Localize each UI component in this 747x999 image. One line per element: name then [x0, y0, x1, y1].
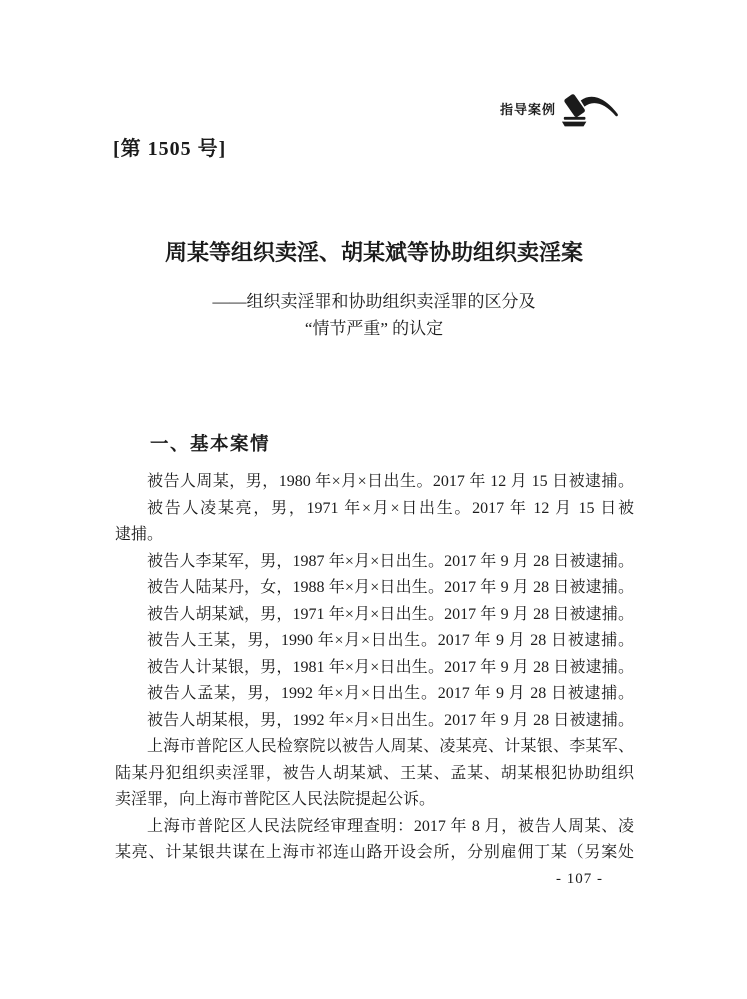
body-line: 被告人李某军，男，1987 年×月×日出生。2017 年 9 月 28 日被逮捕… — [115, 549, 634, 576]
body-line: 被告人陆某丹，女，1988 年×月×日出生。2017 年 9 月 28 日被逮捕… — [115, 575, 634, 602]
body-line: 陆某丹犯组织卖淫罪，被告人胡某斌、王某、孟某、胡某根犯协助组织 — [115, 761, 634, 788]
body-line: 被告人孟某，男，1992 年×月×日出生。2017 年 9 月 28 日被逮捕。 — [115, 681, 634, 708]
guiding-cases-label: 指导案例 — [500, 99, 556, 118]
section-heading: 一、基本案情 — [150, 430, 270, 456]
body-line: 上海市普陀区人民法院经审理查明：2017 年 8 月，被告人周某、凌 — [115, 814, 634, 841]
case-title: 周某等组织卖淫、胡某斌等协助组织卖淫案 — [114, 236, 634, 267]
body-line: 某亮、计某银共谋在上海市祁连山路开设会所，分别雇佣丁某（另案处 — [115, 840, 634, 867]
body-line: 卖淫罪，向上海市普陀区人民法院提起公诉。 — [115, 787, 634, 814]
body-line: 被告人凌某亮，男，1971 年×月×日出生。2017 年 12 月 15 日被 — [115, 496, 634, 523]
body-text: 被告人周某，男，1980 年×月×日出生。2017 年 12 月 15 日被逮捕… — [115, 469, 634, 867]
page-header: 指导案例 — [500, 88, 623, 128]
case-number: [第 1505 号] — [113, 132, 226, 161]
case-subtitle-line-2: “情节严重” 的认定 — [114, 314, 634, 339]
body-line: 被告人计某银，男，1981 年×月×日出生。2017 年 9 月 28 日被逮捕… — [115, 655, 634, 682]
page-number: - 107 - — [556, 871, 603, 888]
body-line: 被告人胡某斌，男，1971 年×月×日出生。2017 年 9 月 28 日被逮捕… — [115, 602, 634, 629]
body-line: 被告人周某，男，1980 年×月×日出生。2017 年 12 月 15 日被逮捕… — [115, 469, 634, 496]
gavel-icon — [561, 88, 623, 128]
body-line: 被告人王某，男，1990 年×月×日出生。2017 年 9 月 28 日被逮捕。 — [115, 628, 634, 655]
document-page: 指导案例 [第 1505 号] 周某等组织卖淫、胡某斌等协助组织卖淫案 ——组织… — [0, 0, 747, 999]
body-line: 被告人胡某根，男，1992 年×月×日出生。2017 年 9 月 28 日被逮捕… — [115, 708, 634, 735]
body-line: 逮捕。 — [115, 522, 634, 549]
case-subtitle-line-1: ——组织卖淫罪和协助组织卖淫罪的区分及 — [114, 287, 634, 312]
body-line: 上海市普陀区人民检察院以被告人周某、凌某亮、计某银、李某军、 — [115, 734, 634, 761]
